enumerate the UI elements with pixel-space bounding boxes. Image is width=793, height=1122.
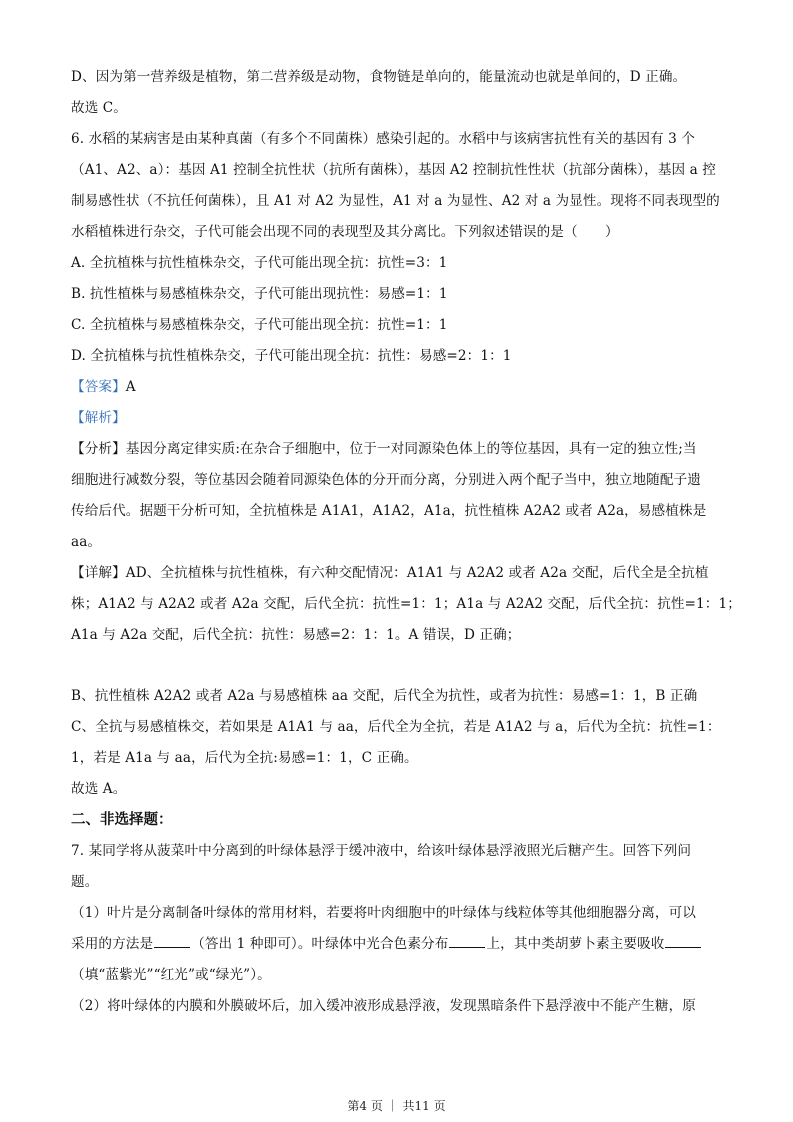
prev-conclusion: 故选 C。: [71, 93, 716, 124]
q6-option-b: B. 抗性植株与易感植株杂交，子代可能出现抗性：易感=1：1: [71, 279, 716, 310]
q7-part1-line-2: 采用的方法是（答出 1 种即可）。叶绿体中光合色素分布上，其中类胡萝卜素主要吸收: [71, 929, 716, 960]
part1-text-a: 采用的方法是: [71, 936, 153, 952]
spacer: [71, 651, 716, 681]
q6-fenxi-line-3: 传给后代。据题干分析可知，全抗植株是 A1A1，A1A2，A1a，抗性植株 A2…: [71, 496, 716, 527]
fill-blank-3: [665, 934, 701, 948]
q6-xiangjie-line-2: 株；A1A2 与 A2A2 或者 A2a 交配，后代全抗：抗性=1：1；A1a …: [71, 589, 716, 620]
page-footer: 第4 页 ｜ 共11 页: [0, 1097, 793, 1114]
q6-detail-c-line-1: C、全抗与易感植株交，若如果是 A1A1 与 aa，后代全为全抗，若是 A1A2…: [71, 712, 716, 743]
q6-fenxi-line-2: 细胞进行减数分裂，等位基因会随着同源染色体的分开而分离，分别进入两个配子当中，独…: [71, 465, 716, 496]
q7-part1-line-3: （填“蓝紫光”“红光”或“绿光”）。: [71, 960, 716, 991]
q6-detail-b: B、抗性植株 A2A2 或者 A2a 与易感植株 aa 交配，后代全为抗性，或者…: [71, 681, 716, 712]
fenxi-tag: 【分析】: [71, 441, 126, 457]
section-heading: 二、非选择题：: [71, 805, 716, 836]
q6-stem-line-4: 水稻植株进行杂交，子代可能会出现不同的表现型及其分离比。下列叙述错误的是（ ）: [71, 217, 716, 248]
q6-conclusion: 故选 A。: [71, 774, 716, 805]
fenxi-text: 基因分离定律实质:在杂合子细胞中，位于一对同源染色体上的等位基因，具有一定的独立…: [126, 441, 697, 457]
q7-part1-line-1: （1）叶片是分离制备叶绿体的常用材料，若要将叶肉细胞中的叶绿体与线粒体等其他细胞…: [71, 898, 716, 929]
fill-blank-2: [449, 934, 485, 948]
q6-stem-line-3: 制易感性状（不抗任何菌株），且 A1 对 A2 为显性，A1 对 a 为显性、A…: [71, 186, 716, 217]
part1-text-c: 上，其中类胡萝卜素主要吸收: [486, 936, 664, 952]
question-7: 7. 某同学将从菠菜叶中分离到的叶绿体悬浮于缓冲液中，给该叶绿体悬浮液照光后糖产…: [71, 836, 716, 1022]
q6-answer: 【答案】A: [71, 372, 716, 403]
q6-option-c: C. 全抗植株与易感植株杂交，子代可能出现全抗：抗性=1：1: [71, 310, 716, 341]
answer-value: A: [126, 379, 136, 395]
q6-fenxi-line-1: 【分析】基因分离定律实质:在杂合子细胞中，位于一对同源染色体上的等位基因，具有一…: [71, 434, 716, 465]
q6-option-d: D. 全抗植株与抗性植株杂交，子代可能出现全抗：抗性：易感=2：1：1: [71, 341, 716, 372]
answer-tag: 【答案】: [71, 379, 126, 395]
q6-analysis-heading: 【解析】: [71, 403, 716, 434]
fill-blank-1: [154, 934, 190, 948]
q6-fenxi-line-4: aa。: [71, 527, 716, 558]
question-6: 6. 水稻的某病害是由某种真菌（有多个不同菌株）感染引起的。水稻中与该病害抗性有…: [71, 124, 716, 805]
q6-stem-line-2: （A1、A2、a）：基因 A1 控制全抗性状（抗所有菌株），基因 A2 控制抗性…: [71, 155, 716, 186]
q6-xiangjie-line-1: 【详解】AD、全抗植株与抗性植株，有六种交配情况：A1A1 与 A2A2 或者 …: [71, 558, 716, 589]
document-page: D、因为第一营养级是植物，第二营养级是动物，食物链是单向的，能量流动也就是单间的…: [71, 62, 716, 1022]
q7-stem-line-1: 7. 某同学将从菠菜叶中分离到的叶绿体悬浮于缓冲液中，给该叶绿体悬浮液照光后糖产…: [71, 836, 716, 867]
xiangjie-tag: 【详解】: [71, 565, 126, 581]
part1-text-b: （答出 1 种即可）。叶绿体中光合色素分布: [191, 936, 448, 952]
q6-detail-c-line-2: 1，若是 A1a 与 aa，后代为全抗:易感=1：1，C 正确。: [71, 743, 716, 774]
analysis-tag: 【解析】: [71, 410, 126, 426]
xiangjie-text: AD、全抗植株与抗性植株，有六种交配情况：A1A1 与 A2A2 或者 A2a …: [126, 565, 709, 581]
q6-xiangjie-line-3: A1a 与 A2a 交配，后代全抗：抗性：易感=2：1：1。A 错误，D 正确；: [71, 620, 716, 651]
q7-stem-line-2: 题。: [71, 867, 716, 898]
q6-option-a: A. 全抗植株与抗性植株杂交，子代可能出现全抗：抗性=3：1: [71, 248, 716, 279]
q7-part2-line-1: （2）将叶绿体的内膜和外膜破坏后，加入缓冲液形成悬浮液，发现黑暗条件下悬浮液中不…: [71, 991, 716, 1022]
q6-stem-line-1: 6. 水稻的某病害是由某种真菌（有多个不同菌株）感染引起的。水稻中与该病害抗性有…: [71, 124, 716, 155]
prev-option-d-explanation: D、因为第一营养级是植物，第二营养级是动物，食物链是单向的，能量流动也就是单间的…: [71, 62, 716, 93]
